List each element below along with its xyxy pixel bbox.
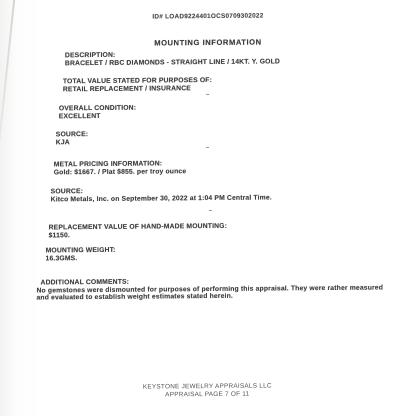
overall-condition-label: OVERALL CONDITION: xyxy=(59,105,136,113)
page-title: MOUNTING INFORMATION xyxy=(0,36,416,49)
source-value: Kitco Metals, Inc. on September 30, 2022… xyxy=(51,194,272,204)
separator-dashes: -- xyxy=(206,145,209,151)
document-content: ID# LOAD9224401OCS0709302022 MOUNTING IN… xyxy=(0,0,416,416)
source-label: SOURCE: xyxy=(56,131,88,139)
metal-pricing-value: Gold: $1667. / Plat $855. per troy ounce xyxy=(54,168,187,177)
appraisal-document-page: ID# LOAD9224401OCS0709302022 MOUNTING IN… xyxy=(0,0,416,416)
mounting-weight-label: MOUNTING WEIGHT: xyxy=(46,247,116,255)
section-total-value-purpose: TOTAL VALUE STATED FOR PURPOSES OF: RETA… xyxy=(63,77,212,94)
additional-comments-value: No gemstones were dismounted for purpose… xyxy=(36,284,388,302)
section-replacement-value: REPLACEMENT VALUE OF HAND-MADE MOUNTING:… xyxy=(49,223,227,240)
separator-dashes: -- xyxy=(206,92,209,98)
section-description: DESCRIPTION: BRACELET / RBC DIAMONDS - S… xyxy=(65,50,280,67)
source-value: KJA xyxy=(56,139,88,147)
separator-dashes: -- xyxy=(209,208,212,214)
document-id: ID# LOAD9224401OCS0709302022 xyxy=(0,11,416,22)
section-source-kja: SOURCE: KJA xyxy=(56,131,88,147)
page-footer: KEYSTONE JEWELRY APPRAISALS LLC APPRAISA… xyxy=(0,381,415,400)
overall-condition-value: EXCELLENT xyxy=(59,112,136,120)
section-metal-pricing: METAL PRICING INFORMATION: Gold: $1667. … xyxy=(54,160,187,176)
replacement-value-label: REPLACEMENT VALUE OF HAND-MADE MOUNTING: xyxy=(49,223,227,232)
total-value-value: RETAIL REPLACEMENT / INSURANCE xyxy=(63,85,212,94)
replacement-value-value: $1150. xyxy=(49,230,227,239)
section-additional-comments: ADDITIONAL COMMENTS: No gemstones were d… xyxy=(36,276,388,302)
section-source-kitco: SOURCE: Kitco Metals, Inc. on September … xyxy=(51,186,272,203)
section-overall-condition: OVERALL CONDITION: EXCELLENT xyxy=(59,105,136,121)
description-value: BRACELET / RBC DIAMONDS - STRAIGHT LINE … xyxy=(65,58,280,67)
section-mounting-weight: MOUNTING WEIGHT: 16.3GMS. xyxy=(46,247,116,263)
mounting-weight-value: 16.3GMS. xyxy=(46,254,116,262)
